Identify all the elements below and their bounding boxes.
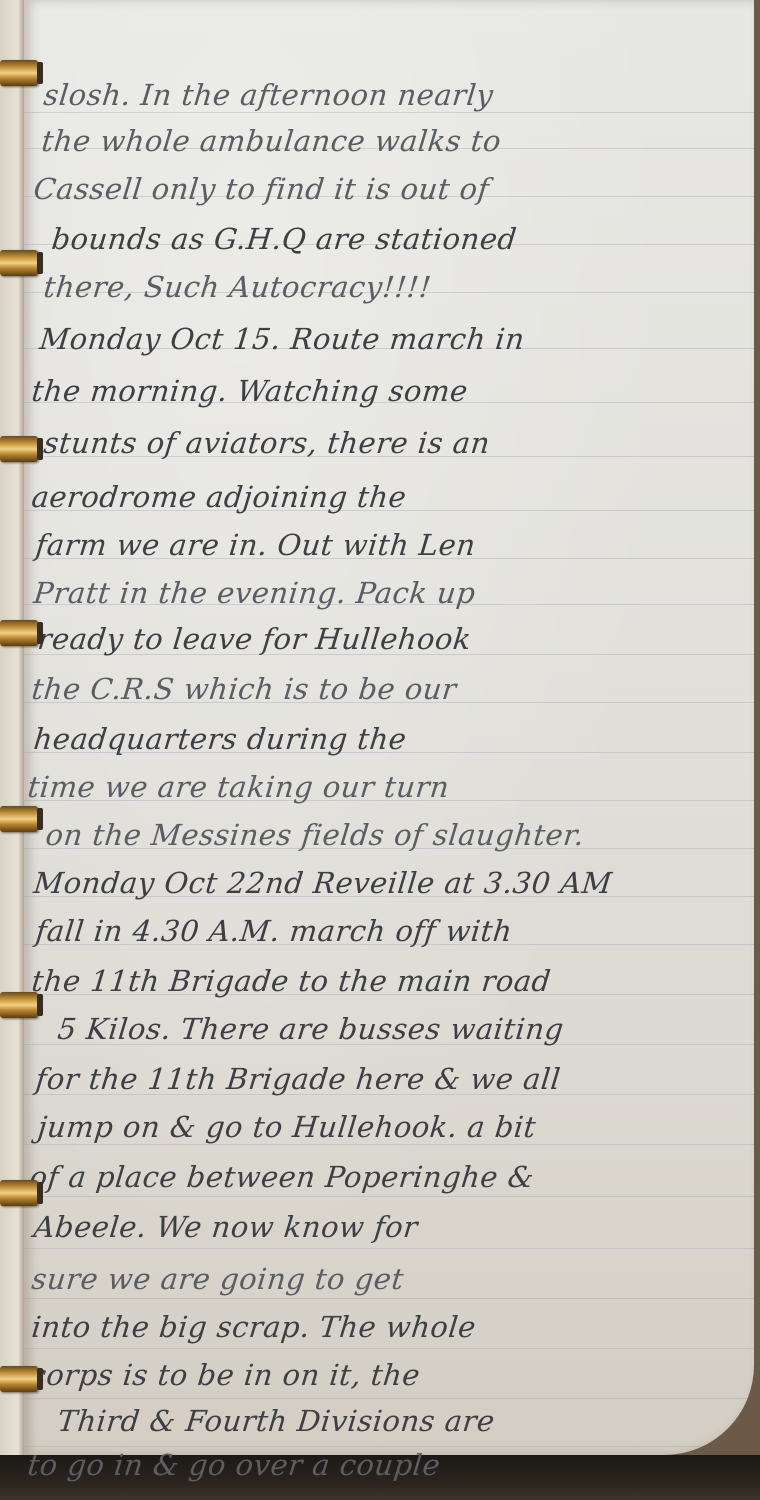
ruled-line <box>24 112 754 113</box>
binding-ring <box>0 1180 38 1206</box>
text-line: time we are taking our turn <box>26 770 451 804</box>
text-line: on the Messines fields of slaughter. <box>44 818 586 852</box>
text-line: slosh. In the afternoon nearly <box>42 78 495 112</box>
text-line: of a place between Poperinghe & <box>28 1160 536 1194</box>
text-line: the 11th Brigade to the main road <box>30 964 553 998</box>
text-line: 5 Kilos. There are busses waiting <box>56 1012 566 1046</box>
text-line: corps is to be in on it, the <box>28 1358 422 1392</box>
text-line: aerodrome adjoining the <box>30 480 408 514</box>
text-line: the whole ambulance walks to <box>40 124 503 158</box>
binding-ring <box>0 806 38 832</box>
binding-ring <box>0 620 38 646</box>
text-line: jump on & go to Hullehook. a bit <box>36 1110 538 1144</box>
text-line: headquarters during the <box>32 722 408 756</box>
text-line: the morning. Watching some <box>30 374 470 408</box>
binding-ring <box>0 250 38 276</box>
binding-ring <box>0 436 38 462</box>
text-line: into the big scrap. The whole <box>30 1310 478 1344</box>
ruled-line <box>24 1196 754 1197</box>
ruled-line <box>24 1398 754 1399</box>
text-line: there, Such Autocracy!!!! <box>42 270 433 304</box>
text-line: Cassell only to find it is out of <box>32 172 491 206</box>
ruled-line <box>24 1144 754 1145</box>
text-line: the C.R.S which is to be our <box>30 672 458 706</box>
text-line: stunts of aviators, there is an <box>42 426 492 460</box>
text-line entry-date: Monday Oct 22nd Reveille at 3.30 AM <box>32 866 614 900</box>
text-line: sure we are going to get <box>30 1262 406 1296</box>
binding-ring <box>0 992 38 1018</box>
binding-ring <box>0 1366 38 1392</box>
text-line entry-date: Monday Oct 15. Route march in <box>38 322 526 356</box>
text-line: bounds as G.H.Q are stationed <box>50 222 519 256</box>
text-line: for the 11th Brigade here & we all <box>34 1062 562 1096</box>
text-line: ready to leave for Hullehook <box>36 622 473 656</box>
ruled-line <box>24 1446 754 1447</box>
ruled-line <box>24 1298 754 1299</box>
binding-ring <box>0 60 38 86</box>
text-line: Third & Fourth Divisions are <box>56 1404 497 1438</box>
ruled-line <box>24 1248 754 1249</box>
ruled-line <box>24 1348 754 1349</box>
text-line: fall in 4.30 A.M. march off with <box>34 914 514 948</box>
text-line: farm we are in. Out with Len <box>34 528 477 562</box>
text-line: Abeele. We now know for <box>32 1210 420 1244</box>
text-line: to go in & go over a couple <box>26 1448 442 1482</box>
text-line: Pratt in the evening. Pack up <box>32 576 477 610</box>
